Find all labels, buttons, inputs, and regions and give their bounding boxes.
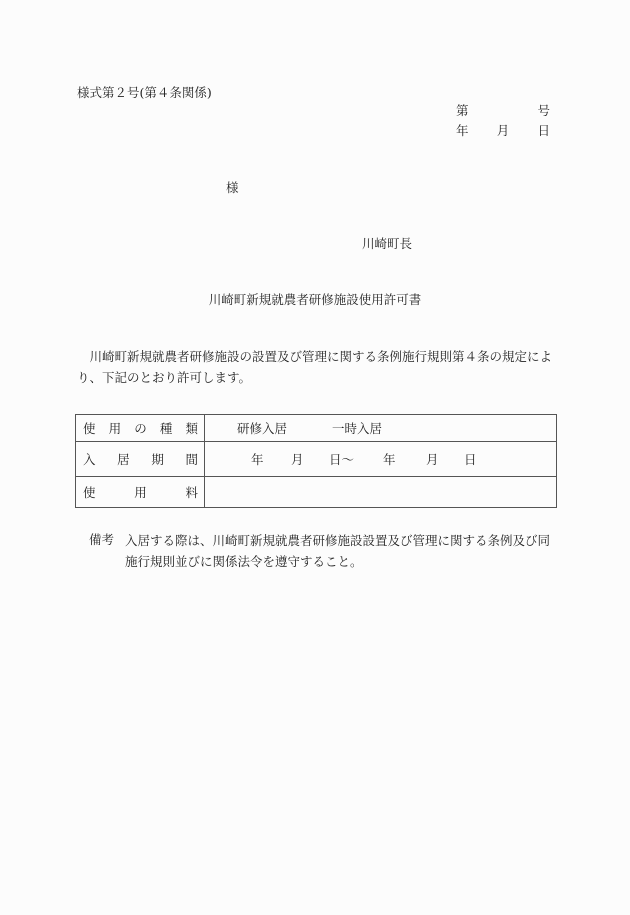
permit-table: 使 用 の 種 類 研修入居 一時入居 入 居 期 間 年 <box>75 414 557 508</box>
value-usage-fee <box>205 477 557 508</box>
issue-number-prefix: 第 <box>456 101 469 119</box>
table-row-usage-fee: 使 用 料 <box>76 477 557 508</box>
label-char: 料 <box>185 483 198 501</box>
label-char: の <box>134 419 147 437</box>
body-text: 川崎町新規就農者研修施設の設置及び管理に関する条例施行規則第４条の規定により、下… <box>77 346 561 388</box>
remarks-text: 入居する際は、川崎町新規就農者研修施設設置及び管理に関する条例及び同施行規則並び… <box>125 530 559 572</box>
document-title: 川崎町新規就農者研修施設使用許可書 <box>0 290 630 308</box>
form-number: 様式第２号(第４条関係) <box>77 83 212 101</box>
period-end-day: 日 <box>464 450 477 468</box>
issue-date-month: 月 <box>497 121 510 139</box>
label-char: 使 <box>83 483 96 501</box>
value-usage-type: 研修入居 一時入居 <box>205 415 557 442</box>
period-end-year: 年 <box>383 450 426 468</box>
label-usage-fee: 使 用 料 <box>76 477 205 508</box>
label-char: 用 <box>134 483 147 501</box>
issuer: 川崎町長 <box>362 234 412 252</box>
issue-date-day: 日 <box>537 121 550 139</box>
label-char: 居 <box>117 450 130 468</box>
remarks-label: 備考 <box>89 530 114 548</box>
issue-number: 第 号 <box>456 101 550 119</box>
label-char: 用 <box>109 419 122 437</box>
period-start-day: 日～ <box>329 450 383 468</box>
addressee: 様 <box>226 178 239 196</box>
label-char: 類 <box>185 419 198 437</box>
label-usage-type: 使 用 の 種 類 <box>76 415 205 442</box>
issue-date-year: 年 <box>456 121 469 139</box>
period-start-year: 年 <box>251 450 291 468</box>
option-temporary-stay: 一時入居 <box>332 419 382 437</box>
table-row-usage-type: 使 用 の 種 類 研修入居 一時入居 <box>76 415 557 442</box>
label-char: 間 <box>185 450 198 468</box>
label-char: 期 <box>151 450 164 468</box>
table-row-stay-period: 入 居 期 間 年 月 日～ 年 月 日 <box>76 442 557 477</box>
value-stay-period: 年 月 日～ 年 月 日 <box>205 442 557 477</box>
option-training-stay: 研修入居 <box>237 419 332 437</box>
label-char: 入 <box>83 450 96 468</box>
label-char: 種 <box>160 419 173 437</box>
issue-date: 年 月 日 <box>456 121 550 139</box>
period-end-month: 月 <box>426 450 464 468</box>
period-start-month: 月 <box>291 450 329 468</box>
issue-number-suffix: 号 <box>537 101 550 119</box>
label-stay-period: 入 居 期 間 <box>76 442 205 477</box>
label-char: 使 <box>83 419 96 437</box>
